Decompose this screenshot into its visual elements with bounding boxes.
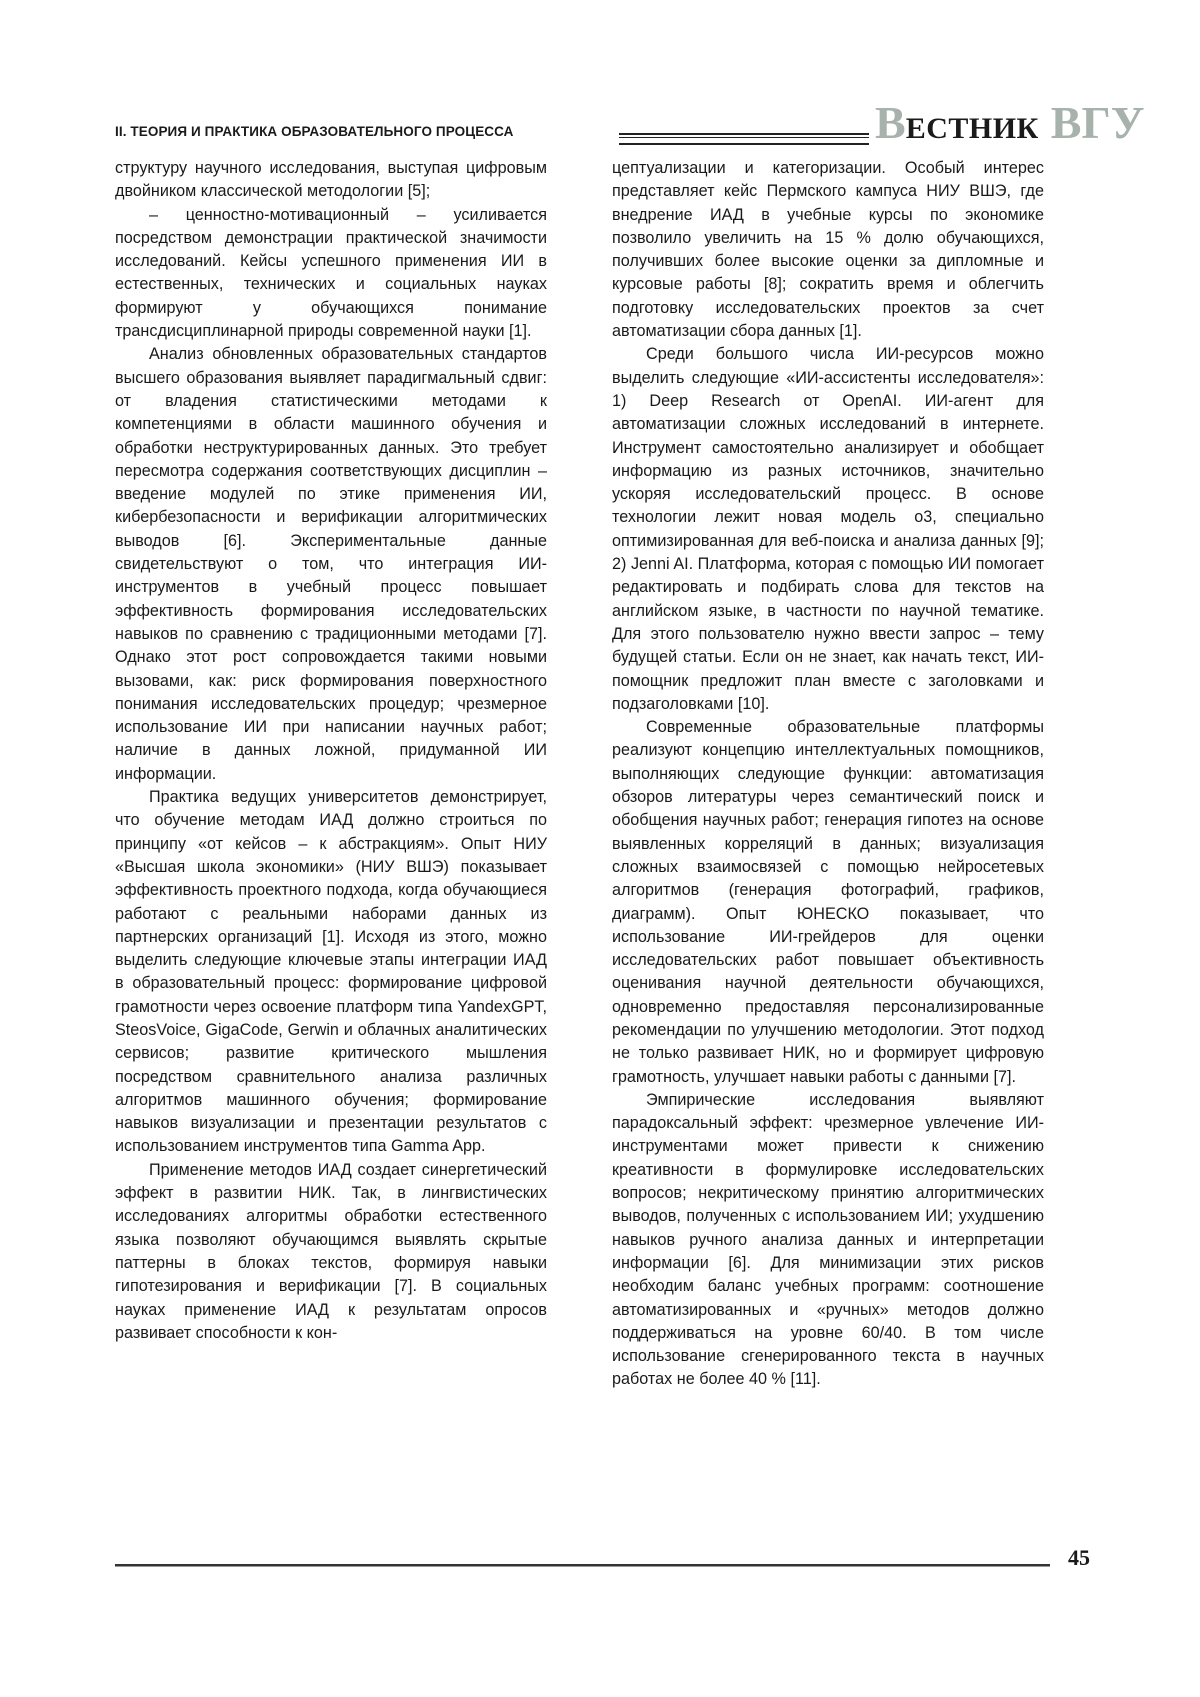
header-rule: [619, 133, 869, 145]
paragraph: Современные образовательные платформы ре…: [612, 716, 1044, 1089]
footer-rule: [115, 1564, 1050, 1566]
paragraph: Анализ обновленных образовательных станд…: [115, 343, 547, 786]
right-column: цептуализации и категоризации. Особый ин…: [612, 157, 1044, 1392]
logo-vgu: ВГУ: [1051, 97, 1145, 148]
paragraph: Практика ведущих университетов демонстри…: [115, 786, 547, 1159]
journal-logo: ВЕСТНИКВГУ: [875, 100, 1145, 157]
logo-rest: ЕСТНИК: [906, 112, 1039, 145]
left-column: структуру научного исследования, выступа…: [115, 157, 547, 1345]
running-header: II. ТЕОРИЯ И ПРАКТИКА ОБРАЗОВАТЕЛЬНОГО П…: [115, 100, 1100, 146]
paragraph: – ценностно-мотивационный – усиливается …: [115, 204, 547, 344]
logo-cap-letter: В: [875, 97, 906, 148]
page-number: 45: [1068, 1545, 1090, 1571]
paragraph: Эмпирические исследования выявляют парад…: [612, 1089, 1044, 1392]
paragraph: Применение методов ИАД создает синергети…: [115, 1159, 547, 1345]
paragraph: структуру научного исследования, выступа…: [115, 157, 547, 204]
section-title: II. ТЕОРИЯ И ПРАКТИКА ОБРАЗОВАТЕЛЬНОГО П…: [115, 124, 514, 139]
paragraph: цептуализации и категоризации. Особый ин…: [612, 157, 1044, 343]
paragraph: Среди большого числа ИИ-ресурсов можно в…: [612, 343, 1044, 716]
